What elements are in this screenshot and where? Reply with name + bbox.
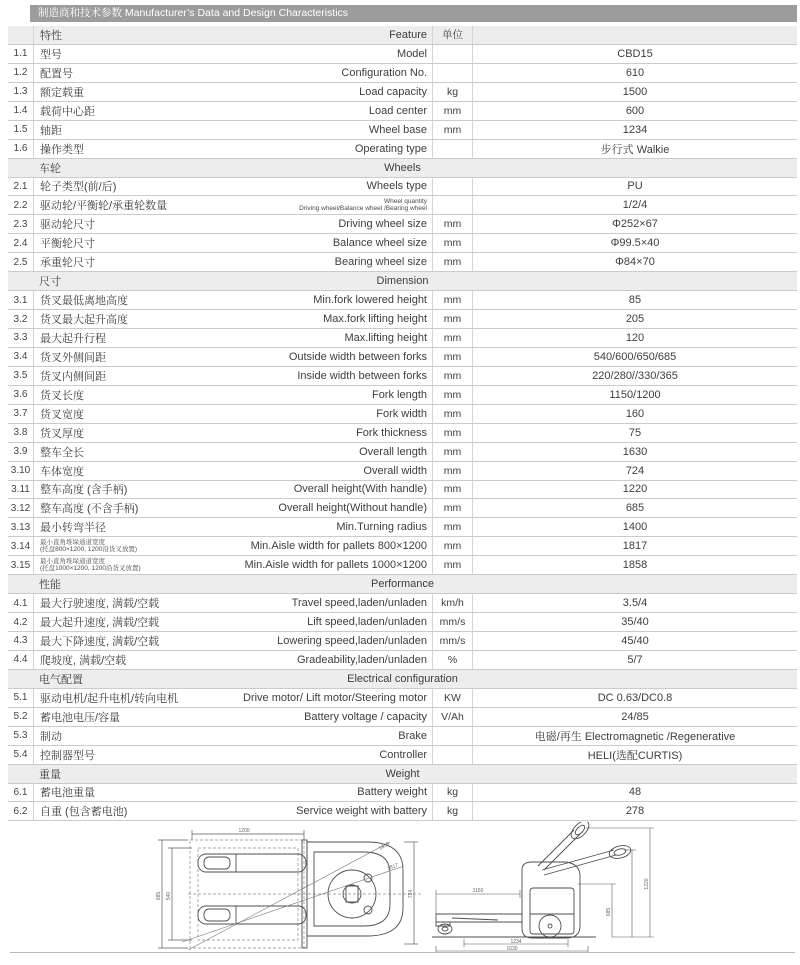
feature-en: Model (397, 48, 427, 60)
table-row: 6.2自重 (包含蓄电池)Service weight with battery… (8, 802, 797, 821)
feature-cell: 控制器型号Controller (34, 746, 433, 764)
section-label-en: Weight (8, 768, 797, 780)
value-cell: 电磁/再生 Electromagnetic /Regenerative (473, 727, 797, 745)
value-cell: 24/85 (473, 708, 797, 726)
table-row: 1.1型号ModelCBD15 (8, 45, 797, 64)
feature-cell: 操作类型Operating type (34, 140, 433, 158)
feature-en: Bearing wheel size (335, 256, 427, 268)
table-row: 2.3驱动轮尺寸Driving wheel sizemmΦ252×67 (8, 215, 797, 234)
unit-cell: mm (433, 424, 473, 442)
table-row: 3.13最小转弯半径Min.Turning radiusmm1400 (8, 518, 797, 537)
bottom-divider (10, 952, 795, 953)
unit-cell: mm (433, 518, 473, 536)
table-row: 2.2驱动轮/平衡轮/承重轮数量Wheel quantityDriving wh… (8, 196, 797, 215)
row-index: 3.11 (8, 481, 34, 499)
table-row: 5.3制动Brake电磁/再生 Electromagnetic /Regener… (8, 727, 797, 746)
feature-cn: 最大行驶速度, 满载/空载 (40, 595, 159, 611)
unit-cell: mm (433, 310, 473, 328)
unit-cell (433, 178, 473, 196)
row-index: 2.3 (8, 215, 34, 233)
table-row: 4.2最大起升速度, 满载/空载Lift speed,laden/unladen… (8, 613, 797, 632)
feature-cell: 整车全长Overall length (34, 443, 433, 461)
feature-cell: 蓄电池电压/容量Battery voltage / capacity (34, 708, 433, 726)
value-cell: 220/280//330/365 (473, 367, 797, 385)
value-cell: 75 (473, 424, 797, 442)
feature-cell: 承重轮尺寸Bearing wheel size (34, 253, 433, 271)
feature-cn: 最小直角堆垛通道宽度(托盘1000×1200, 1200沿货叉放置) (40, 558, 141, 572)
feature-cell: 配置号Configuration No. (34, 64, 433, 82)
feature-cell: 驱动轮尺寸Driving wheel size (34, 215, 433, 233)
row-index: 1.6 (8, 140, 34, 158)
row-index: 3.2 (8, 310, 34, 328)
row-index: 3.7 (8, 405, 34, 423)
row-index: 4.3 (8, 632, 34, 650)
feature-cell: 货叉宽度Fork width (34, 405, 433, 423)
value-cell: 1220 (473, 481, 797, 499)
feature-cell: 货叉最低离地高度Min.fork lowered height (34, 291, 433, 309)
row-index: 1.3 (8, 83, 34, 101)
row-index: 6.2 (8, 802, 34, 820)
feature-cn: 货叉厚度 (40, 425, 84, 441)
table-section-row: 性能Performance (8, 575, 797, 594)
feature-cell: 额定载重Load capacity (34, 83, 433, 101)
row-index: 3.3 (8, 329, 34, 347)
row-index: 3.6 (8, 386, 34, 404)
row-index: 5.3 (8, 727, 34, 745)
unit-cell: mm (433, 348, 473, 366)
unit-cell: mm (433, 537, 473, 555)
feature-cn: 自重 (包含蓄电池) (40, 803, 127, 819)
table-row: 3.5货叉内侧间距Inside width between forksmm220… (8, 367, 797, 386)
feature-cell: 最小直角堆垛通道宽度(托盘800×1200, 1200沿货叉放置)Min.Ais… (34, 537, 433, 555)
table-row: 3.3最大起升行程Max.lifting heightmm120 (8, 329, 797, 348)
table-row: 2.4平衡轮尺寸Balance wheel sizemmΦ99.5×40 (8, 234, 797, 253)
table-title-bar: 制造商和技术参数 Manufacturer’s Data and Design … (30, 5, 797, 22)
feature-cn: 驱动电机/起升电机/转向电机 (40, 690, 178, 706)
unit-cell: V/Ah (433, 708, 473, 726)
feature-cell: 最小直角堆垛通道宽度(托盘1000×1200, 1200沿货叉放置)Min.Ai… (34, 556, 433, 574)
feature-cell: 货叉内侧间距Inside width between forks (34, 367, 433, 385)
feature-cell: 型号Model (34, 45, 433, 63)
table-row: 1.5轴距Wheel basemm1234 (8, 121, 797, 140)
feature-en-line: Wheel quantity (299, 198, 427, 205)
feature-cell: 货叉厚度Fork thickness (34, 424, 433, 442)
header-feature-cell: 特性 Feature (34, 26, 433, 44)
unit-cell: mm (433, 405, 473, 423)
spec-table-body: 1.1型号ModelCBD151.2配置号Configuration No.61… (8, 45, 797, 821)
unit-cell: mm (433, 367, 473, 385)
feature-cell: 爬坡度, 满载/空载Gradeability,laden/unladen (34, 651, 433, 669)
feature-cell: 整车高度 (不含手柄)Overall height(Without handle… (34, 499, 433, 517)
table-row: 2.1轮子类型(前/后)Wheels typePU (8, 178, 797, 197)
side-view-drawing: 1150 685 1220 1234 1630 (428, 822, 678, 953)
row-index: 3.8 (8, 424, 34, 442)
feature-en: Controller (379, 749, 427, 761)
table-section-row: 尺寸Dimension (8, 272, 797, 291)
value-cell: 步行式 Walkie (473, 140, 797, 158)
value-cell: 610 (473, 64, 797, 82)
feature-en: Min.Aisle width for pallets 1000×1200 (244, 559, 427, 571)
dim-fork-length: 1200 (238, 828, 249, 834)
feature-cn-line: (托盘1000×1200, 1200沿货叉放置) (40, 565, 141, 572)
row-index: 5.1 (8, 689, 34, 707)
feature-cn: 最小直角堆垛通道宽度(托盘800×1200, 1200沿货叉放置) (40, 539, 137, 553)
table-row: 3.7货叉宽度Fork widthmm160 (8, 405, 797, 424)
table-row: 5.1驱动电机/起升电机/转向电机Drive motor/ Lift motor… (8, 689, 797, 708)
section-label-en: Performance (8, 578, 797, 590)
header-feature-cn: 特性 (40, 27, 62, 43)
feature-cn: 操作类型 (40, 141, 84, 157)
feature-en: Min.Aisle width for pallets 800×1200 (251, 540, 427, 552)
feature-cn: 货叉最低离地高度 (40, 292, 128, 308)
feature-en: Brake (398, 730, 427, 742)
value-cell: 160 (473, 405, 797, 423)
feature-cn: 蓄电池电压/容量 (40, 709, 120, 725)
value-cell: Φ84×70 (473, 253, 797, 271)
row-index: 4.1 (8, 594, 34, 612)
unit-cell: mm (433, 102, 473, 120)
table-section-row: 电气配置Electrical configuration (8, 670, 797, 689)
value-cell: 205 (473, 310, 797, 328)
unit-cell: mm (433, 556, 473, 574)
table-section-row: 车轮Wheels (8, 159, 797, 178)
feature-en: Load capacity (359, 86, 427, 98)
feature-cell: 最大行驶速度, 满载/空载Travel speed,laden/unladen (34, 594, 433, 612)
value-cell: CBD15 (473, 45, 797, 63)
feature-en: Gradeability,laden/unladen (297, 654, 427, 666)
value-cell: 45/40 (473, 632, 797, 650)
row-index: 2.4 (8, 234, 34, 252)
table-row: 3.11整车高度 (含手柄)Overall height(With handle… (8, 481, 797, 500)
unit-cell (433, 64, 473, 82)
value-cell: 685 (473, 499, 797, 517)
row-index: 3.4 (8, 348, 34, 366)
table-row: 4.3最大下降速度, 满载/空载Lowering speed,laden/unl… (8, 632, 797, 651)
feature-en: Overall height(With handle) (294, 483, 427, 495)
value-cell: 1/2/4 (473, 196, 797, 214)
unit-cell: mm (433, 329, 473, 347)
table-row: 2.5承重轮尺寸Bearing wheel sizemmΦ84×70 (8, 253, 797, 272)
feature-en: Travel speed,laden/unladen (292, 597, 427, 609)
feature-cell: 平衡轮尺寸Balance wheel size (34, 234, 433, 252)
unit-cell: kg (433, 83, 473, 101)
technical-drawings: 1200 685 540 724 1858 1817 (0, 822, 800, 953)
unit-cell: mm (433, 253, 473, 271)
table-row: 5.4控制器型号ControllerHELI(选配CURTIS) (8, 746, 797, 765)
feature-cell: 制动Brake (34, 727, 433, 745)
row-index: 1.5 (8, 121, 34, 139)
unit-cell: mm (433, 499, 473, 517)
feature-en: Inside width between forks (297, 370, 427, 382)
table-row: 3.14最小直角堆垛通道宽度(托盘800×1200, 1200沿货叉放置)Min… (8, 537, 797, 556)
feature-en: Service weight with battery (296, 805, 427, 817)
section-label-en: Electrical configuration (8, 673, 797, 685)
value-cell: 3.5/4 (473, 594, 797, 612)
value-cell: 5/7 (473, 651, 797, 669)
header-value-cell (473, 26, 797, 44)
row-index: 1.1 (8, 45, 34, 63)
dim-outer-width: 685 (156, 892, 162, 901)
section-label-en: Dimension (8, 275, 797, 287)
feature-cell: 最小转弯半径Min.Turning radius (34, 518, 433, 536)
spec-table: 特性 Feature 单位 1.1型号ModelCBD151.2配置号Confi… (8, 26, 797, 821)
dim-wheel-base: 1234 (510, 939, 521, 945)
feature-cell: 货叉长度Fork length (34, 386, 433, 404)
feature-en: Configuration No. (341, 67, 427, 79)
row-index: 6.1 (8, 784, 34, 802)
feature-en: Fork thickness (356, 427, 427, 439)
row-index: 3.13 (8, 518, 34, 536)
feature-en: Overall height(Without handle) (278, 502, 427, 514)
table-row: 1.3额定载重Load capacitykg1500 (8, 83, 797, 102)
row-index: 1.2 (8, 64, 34, 82)
table-row: 3.9整车全长Overall lengthmm1630 (8, 443, 797, 462)
feature-en: Overall width (363, 465, 427, 477)
feature-cn: 整车全长 (40, 444, 84, 460)
header-feature-en: Feature (389, 29, 427, 41)
table-row: 3.6货叉长度Fork lengthmm1150/1200 (8, 386, 797, 405)
unit-cell: mm/s (433, 613, 473, 631)
row-index: 5.2 (8, 708, 34, 726)
unit-cell: mm (433, 462, 473, 480)
unit-cell: km/h (433, 594, 473, 612)
value-cell: DC 0.63/DC0.8 (473, 689, 797, 707)
feature-cell: 最大起升速度, 满载/空载Lift speed,laden/unladen (34, 613, 433, 631)
feature-cn-line: (托盘800×1200, 1200沿货叉放置) (40, 546, 137, 553)
value-cell: 1400 (473, 518, 797, 536)
row-index: 3.12 (8, 499, 34, 517)
feature-cn: 承重轮尺寸 (40, 254, 95, 270)
feature-en: Fork width (376, 408, 427, 420)
feature-en: Fork length (372, 389, 427, 401)
feature-en: Battery voltage / capacity (304, 711, 427, 723)
row-index: 2.1 (8, 178, 34, 196)
feature-en: Load center (369, 105, 427, 117)
feature-en-line: Driving wheel/Balance wheel /Bearing whe… (299, 205, 427, 212)
feature-cn: 控制器型号 (40, 747, 95, 763)
feature-en: Lowering speed,laden/unladen (277, 635, 427, 647)
table-section-row: 重量Weight (8, 765, 797, 784)
value-cell: 724 (473, 462, 797, 480)
feature-en: Max.fork lifting height (323, 313, 427, 325)
unit-cell: mm (433, 386, 473, 404)
value-cell: PU (473, 178, 797, 196)
value-cell: 600 (473, 102, 797, 120)
feature-cn: 最小转弯半径 (40, 519, 106, 535)
row-index: 3.5 (8, 367, 34, 385)
feature-cn: 货叉最大起升高度 (40, 311, 128, 327)
table-row: 3.4货叉外侧间距Outside width between forksmm54… (8, 348, 797, 367)
feature-cell: 载荷中心距Load center (34, 102, 433, 120)
feature-en: Max.lifting height (344, 332, 427, 344)
feature-en: Wheel quantityDriving wheel/Balance whee… (299, 198, 427, 212)
value-cell: 85 (473, 291, 797, 309)
row-index: 3.10 (8, 462, 34, 480)
unit-cell (433, 45, 473, 63)
table-row: 3.15最小直角堆垛通道宽度(托盘1000×1200, 1200沿货叉放置)Mi… (8, 556, 797, 575)
unit-cell: KW (433, 689, 473, 707)
row-index: 2.5 (8, 253, 34, 271)
feature-cn: 货叉宽度 (40, 406, 84, 422)
feature-cell: 车体宽度Overall width (34, 462, 433, 480)
feature-cell: 蓄电池重量Battery weight (34, 784, 433, 802)
feature-cn: 载荷中心距 (40, 103, 95, 119)
feature-cn: 货叉长度 (40, 387, 84, 403)
table-row: 3.8货叉厚度Fork thicknessmm75 (8, 424, 797, 443)
table-row: 4.1最大行驶速度, 满载/空载Travel speed,laden/unlad… (8, 594, 797, 613)
row-index: 5.4 (8, 746, 34, 764)
feature-cell: 最大起升行程Max.lifting height (34, 329, 433, 347)
value-cell: HELI(选配CURTIS) (473, 746, 797, 764)
feature-cn: 整车高度 (不含手柄) (40, 500, 138, 516)
dim-inner-width: 540 (166, 892, 172, 901)
table-row: 1.4载荷中心距Load centermm600 (8, 102, 797, 121)
dim-body-height: 685 (606, 908, 612, 917)
feature-en: Drive motor/ Lift motor/Steering motor (243, 692, 427, 704)
value-cell: 1817 (473, 537, 797, 555)
table-row: 3.1货叉最低离地高度Min.fork lowered heightmm85 (8, 291, 797, 310)
row-index: 3.15 (8, 556, 34, 574)
feature-cn: 整车高度 (含手柄) (40, 481, 127, 497)
value-cell: 120 (473, 329, 797, 347)
row-index: 4.4 (8, 651, 34, 669)
feature-cn: 驱动轮/平衡轮/承重轮数量 (40, 197, 167, 213)
unit-cell: mm (433, 121, 473, 139)
value-cell: 1858 (473, 556, 797, 574)
row-index: 3.14 (8, 537, 34, 555)
top-view-drawing: 1200 685 540 724 1858 1817 (152, 826, 456, 952)
unit-cell (433, 746, 473, 764)
feature-en: Wheels type (366, 180, 427, 192)
value-cell: 540/600/650/685 (473, 348, 797, 366)
feature-en: Overall length (359, 446, 427, 458)
value-cell: 1500 (473, 83, 797, 101)
feature-cn: 制动 (40, 728, 62, 744)
feature-cn: 蓄电池重量 (40, 784, 95, 800)
feature-cn: 货叉内侧间距 (40, 368, 106, 384)
dim-handle-height: 1220 (644, 878, 650, 889)
unit-cell: mm (433, 291, 473, 309)
unit-cell: mm (433, 481, 473, 499)
feature-cn: 平衡轮尺寸 (40, 235, 95, 251)
feature-cn: 轮子类型(前/后) (40, 178, 116, 194)
value-cell: Φ99.5×40 (473, 234, 797, 252)
feature-cell: 轴距Wheel base (34, 121, 433, 139)
value-cell: 278 (473, 802, 797, 820)
row-index: 2.2 (8, 196, 34, 214)
feature-cn: 驱动轮尺寸 (40, 216, 95, 232)
feature-en: Wheel base (369, 124, 427, 136)
header-index-cell (8, 26, 34, 44)
feature-cn: 配置号 (40, 65, 73, 81)
feature-cn: 额定载重 (40, 84, 84, 100)
table-row: 3.12整车高度 (不含手柄)Overall height(Without ha… (8, 499, 797, 518)
value-cell: 48 (473, 784, 797, 802)
feature-cell: 轮子类型(前/后)Wheels type (34, 178, 433, 196)
datasheet-page: 制造商和技术参数 Manufacturer’s Data and Design … (0, 0, 800, 965)
unit-cell: % (433, 651, 473, 669)
table-row: 4.4爬坡度, 满载/空载Gradeability,laden/unladen%… (8, 651, 797, 670)
row-index: 1.4 (8, 102, 34, 120)
table-row: 5.2蓄电池电压/容量Battery voltage / capacityV/A… (8, 708, 797, 727)
section-label-en: Wheels (8, 162, 797, 174)
feature-en: Lift speed,laden/unladen (307, 616, 427, 628)
feature-cell: 驱动电机/起升电机/转向电机Drive motor/ Lift motor/St… (34, 689, 433, 707)
row-index: 4.2 (8, 613, 34, 631)
unit-cell: kg (433, 802, 473, 820)
feature-cell: 驱动轮/平衡轮/承重轮数量Wheel quantityDriving wheel… (34, 196, 433, 214)
feature-cn: 车体宽度 (40, 463, 84, 479)
feature-cn: 轴距 (40, 122, 62, 138)
value-cell: 1150/1200 (473, 386, 797, 404)
unit-cell: mm (433, 234, 473, 252)
unit-cell: mm (433, 215, 473, 233)
unit-cell (433, 140, 473, 158)
dim-overall-width: 724 (408, 890, 414, 899)
feature-en: Min.fork lowered height (313, 294, 427, 306)
value-cell: 1630 (473, 443, 797, 461)
feature-cell: 自重 (包含蓄电池)Service weight with battery (34, 802, 433, 820)
table-title: 制造商和技术参数 Manufacturer’s Data and Design … (38, 7, 348, 19)
table-row: 3.10车体宽度Overall widthmm724 (8, 462, 797, 481)
unit-cell (433, 196, 473, 214)
row-index: 3.1 (8, 291, 34, 309)
dim-fork-length-side: 1150 (473, 888, 484, 894)
unit-cell: mm/s (433, 632, 473, 650)
value-cell: Φ252×67 (473, 215, 797, 233)
feature-cn: 最大下降速度, 满载/空载 (40, 633, 159, 649)
feature-cn: 最大起升速度, 满载/空载 (40, 614, 159, 630)
feature-cn: 爬坡度, 满载/空载 (40, 652, 126, 668)
feature-cn: 货叉外侧间距 (40, 349, 106, 365)
feature-en: Min.Turning radius (336, 521, 427, 533)
feature-cn: 型号 (40, 46, 62, 62)
feature-en: Driving wheel size (338, 218, 427, 230)
table-row: 1.2配置号Configuration No.610 (8, 64, 797, 83)
feature-en: Operating type (355, 143, 427, 155)
feature-en: Outside width between forks (289, 351, 427, 363)
value-cell: 1234 (473, 121, 797, 139)
feature-en: Balance wheel size (333, 237, 427, 249)
unit-cell: mm (433, 443, 473, 461)
unit-cell: kg (433, 784, 473, 802)
feature-cell: 整车高度 (含手柄)Overall height(With handle) (34, 481, 433, 499)
row-index: 3.9 (8, 443, 34, 461)
value-cell: 35/40 (473, 613, 797, 631)
feature-cell: 最大下降速度, 满载/空载Lowering speed,laden/unlade… (34, 632, 433, 650)
feature-cell: 货叉外侧间距Outside width between forks (34, 348, 433, 366)
table-header-row: 特性 Feature 单位 (8, 26, 797, 45)
table-row: 1.6操作类型Operating type步行式 Walkie (8, 140, 797, 159)
table-row: 3.2货叉最大起升高度Max.fork lifting heightmm205 (8, 310, 797, 329)
feature-en: Battery weight (357, 786, 427, 798)
feature-cn: 最大起升行程 (40, 330, 106, 346)
table-row: 6.1蓄电池重量Battery weightkg48 (8, 784, 797, 803)
header-unit-cell: 单位 (433, 26, 473, 44)
feature-cell: 货叉最大起升高度Max.fork lifting height (34, 310, 433, 328)
unit-cell (433, 727, 473, 745)
